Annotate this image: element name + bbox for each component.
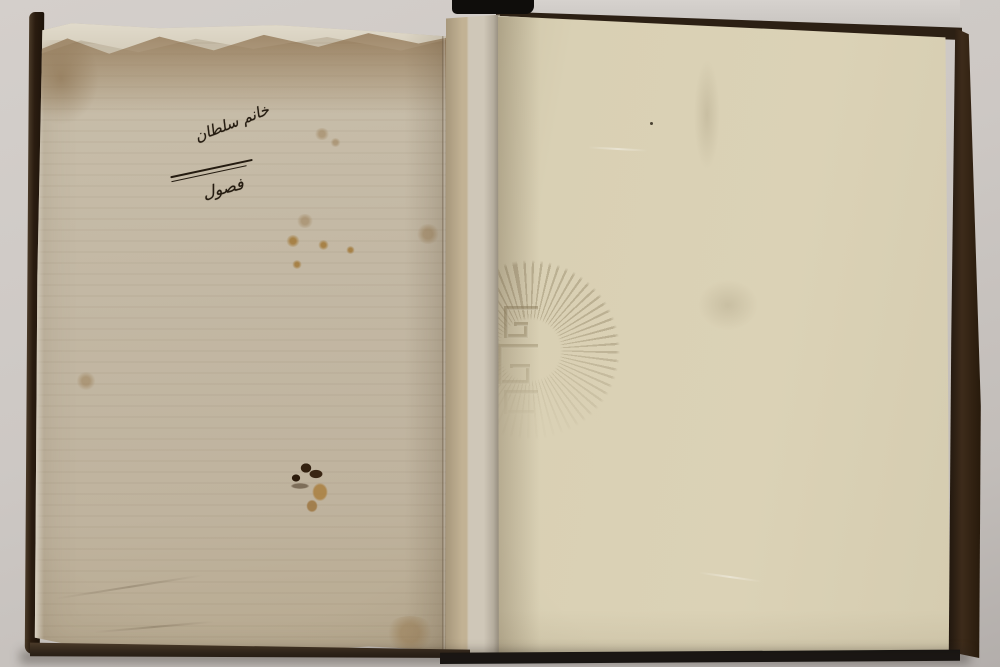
faint-streak xyxy=(698,280,758,330)
spine-headcap xyxy=(452,0,534,14)
foxing-spot xyxy=(346,246,355,254)
faint-streak xyxy=(694,60,720,170)
right-page-gutter-shade xyxy=(498,10,540,662)
faint-stain xyxy=(296,214,314,228)
inscription-line-2: فصول xyxy=(200,174,245,202)
right-page xyxy=(498,10,950,662)
foxing-spot xyxy=(286,235,300,247)
left-page: خانم سلطان فصول xyxy=(34,20,452,658)
foxing-spot xyxy=(292,260,302,269)
gutter-guard-strip xyxy=(446,12,500,662)
surface-scratch xyxy=(698,572,762,583)
book-cover-right-edge xyxy=(944,28,984,658)
faint-smudge xyxy=(330,138,341,147)
dark-speck xyxy=(650,122,653,125)
top-left-corner-stain xyxy=(34,40,124,150)
photograph-of-open-manuscript: خانم سلطان فصول xyxy=(0,0,1000,667)
cast-shadow xyxy=(20,650,970,664)
ink-blot xyxy=(278,452,342,526)
page-fold-line xyxy=(442,20,445,658)
gutter-shadow xyxy=(446,12,500,662)
crease-line xyxy=(55,574,203,599)
surface-scratch xyxy=(588,146,648,151)
faint-smudge xyxy=(314,128,330,140)
crease-line xyxy=(94,621,214,633)
foxing-spot xyxy=(318,240,329,250)
left-edge-stain xyxy=(76,372,96,390)
handwritten-inscription: خانم سلطان فصول xyxy=(126,111,283,231)
